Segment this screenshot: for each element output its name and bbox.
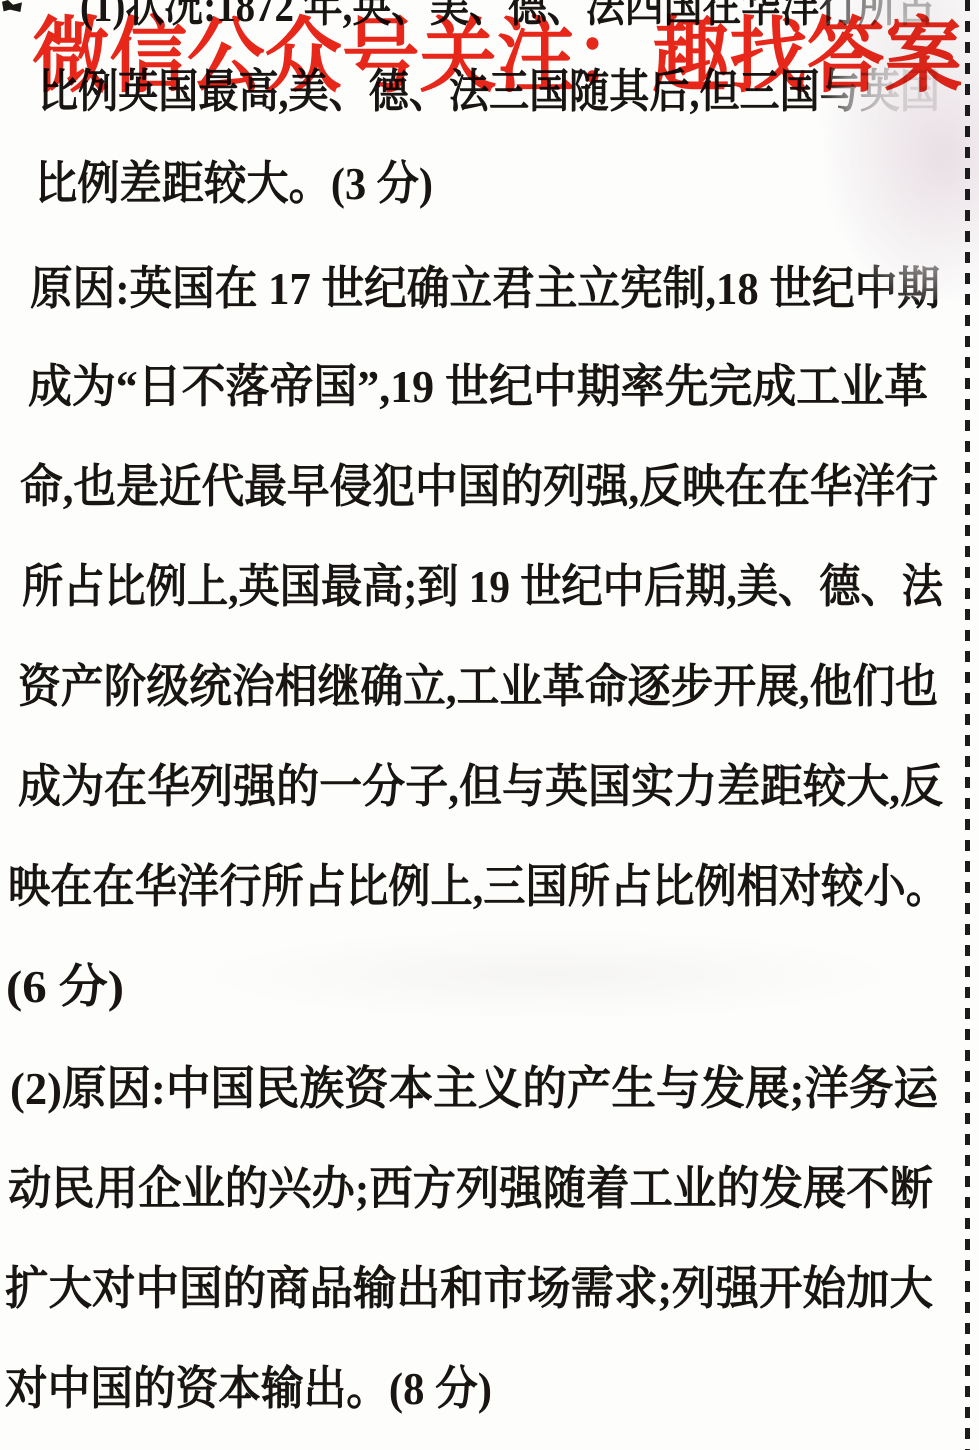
text-line-4: 原因:英国在 17 世纪确立君主立宪制,18 世纪中期 bbox=[30, 263, 940, 316]
text-line-5: 成为“日不落帝国”,19 世纪中期率先完成工业革 bbox=[28, 361, 928, 414]
scanned-answer-page: (1)状况:1872 年,英、美、德、法四国在华洋行所占 比例英国最高,美、德、… bbox=[0, 0, 979, 1450]
scan-artifact-smudge bbox=[200, 930, 900, 1020]
text-line-15: 对中国的资本输出。(8 分) bbox=[5, 1363, 492, 1416]
text-line-13: 动民用企业的兴办;西方列强随着工业的发展不断 bbox=[8, 1163, 933, 1216]
text-line-12: (2)原因:中国民族资本主义的产生与发展;洋务运 bbox=[10, 1063, 938, 1116]
text-line-3: 比例差距较大。(3 分) bbox=[35, 158, 433, 211]
text-line-14: 扩大对中国的商品输出和市场需求;列强开始加大 bbox=[5, 1263, 933, 1316]
text-line-6: 命,也是近代最早侵犯中国的列强,反映在在华洋行 bbox=[20, 461, 938, 514]
clipped-character-fragment bbox=[2, 0, 22, 12]
watermark-text: 微信公众号关注：趣找答案 bbox=[32, 16, 962, 98]
page-edge-dashed-line bbox=[965, 0, 970, 1450]
text-line-7: 所占比例上,英国最高;到 19 世纪中后期,美、德、法 bbox=[22, 561, 943, 614]
text-line-11: (6 分) bbox=[6, 961, 124, 1014]
text-line-9: 成为在华列强的一分子,但与英国实力差距较大,反 bbox=[18, 761, 943, 814]
text-line-10: 映在在华洋行所占比例上,三国所占比例相对较小。 bbox=[8, 861, 948, 914]
text-line-8: 资产阶级统治相继确立,工业革命逐步开展,他们也 bbox=[18, 661, 938, 714]
